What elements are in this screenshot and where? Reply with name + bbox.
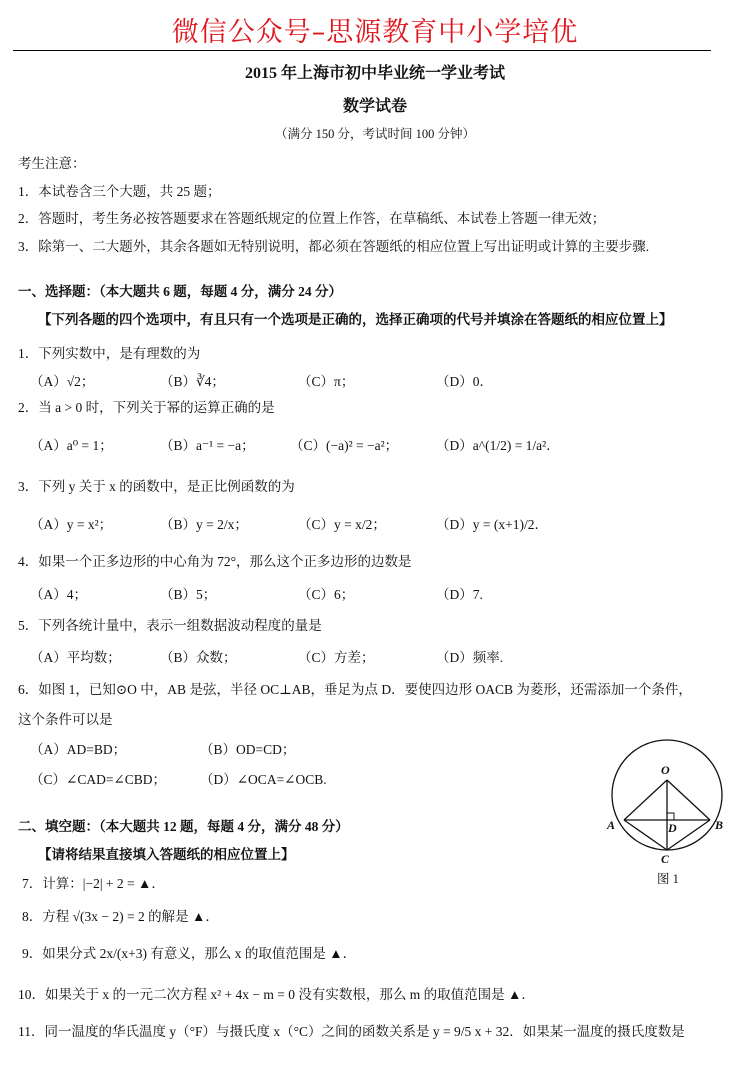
question-stem: 3．下列 y 关于 x 的函数中，是正比例函数的为 <box>18 475 295 495</box>
option: （B）5； <box>160 583 216 603</box>
question-9: 9．如果分式 2x/(x+3) 有意义，那么 x 的取值范围是 ▲． <box>22 942 356 962</box>
option: （B）众数； <box>160 646 237 666</box>
option: （A）4； <box>30 583 87 603</box>
figure-1: O A B D C 图 1 <box>605 735 745 890</box>
option: （C）(−a)² = −a²； <box>290 434 398 454</box>
question-stem: 6．如图 1，已知⊙O 中，AB 是弦，半径 OC⊥AB，垂足为点 D．要使四边… <box>18 678 692 698</box>
question-stem: 5．下列各统计量中，表示一组数据波动程度的量是 <box>18 614 322 634</box>
label-c: C <box>661 852 669 867</box>
notice-item: 2．答题时，考生务必按答题要求在答题纸规定的位置上作答，在草稿纸、本试卷上答题一… <box>18 207 605 227</box>
question-7: 7．计算：|−2| + 2 = ▲． <box>22 872 165 892</box>
section2-instruction: 【请将结果直接填入答题纸的相应位置上】 <box>38 843 295 863</box>
option: （A）√2； <box>30 370 94 390</box>
option: （A）AD=BD； <box>30 738 126 758</box>
question-stem-continued: 这个条件可以是 <box>18 708 113 728</box>
section1-heading: 一、选择题：（本大题共 6 题，每题 4 分，满分 24 分） <box>18 280 342 300</box>
label-d: D <box>668 821 677 836</box>
option: （B）∛4； <box>160 370 225 390</box>
option: （C）6； <box>298 583 354 603</box>
exam-info: （满分 150 分，考试时间 100 分钟） <box>0 124 750 142</box>
label-a: A <box>607 818 615 833</box>
exam-subject: 数学试卷 <box>0 93 750 116</box>
notice-item: 3．除第一、二大题外，其余各题如无特别说明，都必须在答题纸的相应位置上写出证明或… <box>18 235 649 255</box>
watermark-banner: 微信公众号–思源教育中小学培优 <box>0 10 750 49</box>
question-10: 10．如果关于 x 的一元二次方程 x² + 4x − m = 0 没有实数根，… <box>18 983 535 1003</box>
option: （D）∠OCA=∠OCB. <box>200 768 327 788</box>
question-stem: 1．下列实数中，是有理数的为 <box>18 342 200 362</box>
notice-heading: 考生注意： <box>18 152 86 172</box>
option: （D）y = (x+1)/2． <box>436 513 548 533</box>
notice-item: 1．本试卷含三个大题，共 25 题； <box>18 180 221 200</box>
figure-caption: 图 1 <box>657 869 679 887</box>
label-o: O <box>661 763 670 778</box>
option: （D）7. <box>436 583 483 603</box>
option: （A）平均数； <box>30 646 121 666</box>
question-8: 8．方程 √(3x − 2) = 2 的解是 ▲． <box>22 905 219 925</box>
option: （A）y = x²； <box>30 513 112 533</box>
section1-instruction: 【下列各题的四个选项中，有且只有一个选项是正确的，选择正确项的代号并填涂在答题纸… <box>38 308 673 328</box>
option: （D）0． <box>436 370 493 390</box>
option: （C）方差； <box>298 646 375 666</box>
option: （C）π； <box>298 370 354 390</box>
option: （B）y = 2/x； <box>160 513 248 533</box>
option: （A）a⁰ = 1； <box>30 434 113 454</box>
section2-heading: 二、填空题：（本大题共 12 题，每题 4 分，满分 48 分） <box>18 815 349 835</box>
option: （B）OD=CD； <box>200 738 295 758</box>
option: （D）a^(1/2) = 1/a²． <box>436 434 560 454</box>
option: （C）∠CAD=∠CBD； <box>30 768 166 788</box>
circle-rhombus-diagram <box>605 735 745 885</box>
question-11: 11．同一温度的华氏温度 y（°F）与摄氏度 x（°C）之间的函数关系是 y =… <box>18 1020 685 1040</box>
option: （B）a⁻¹ = −a； <box>160 434 255 454</box>
question-stem: 4．如果一个正多边形的中心角为 72°，那么这个正多边形的边数是 <box>18 550 412 570</box>
option: （C）y = x/2； <box>298 513 386 533</box>
exam-title: 2015 年上海市初中毕业统一学业考试 <box>0 60 750 83</box>
option: （D）频率. <box>436 646 503 666</box>
question-stem: 2．当 a > 0 时，下列关于幂的运算正确的是 <box>18 396 275 416</box>
header-divider <box>13 50 711 51</box>
label-b: B <box>715 818 723 833</box>
